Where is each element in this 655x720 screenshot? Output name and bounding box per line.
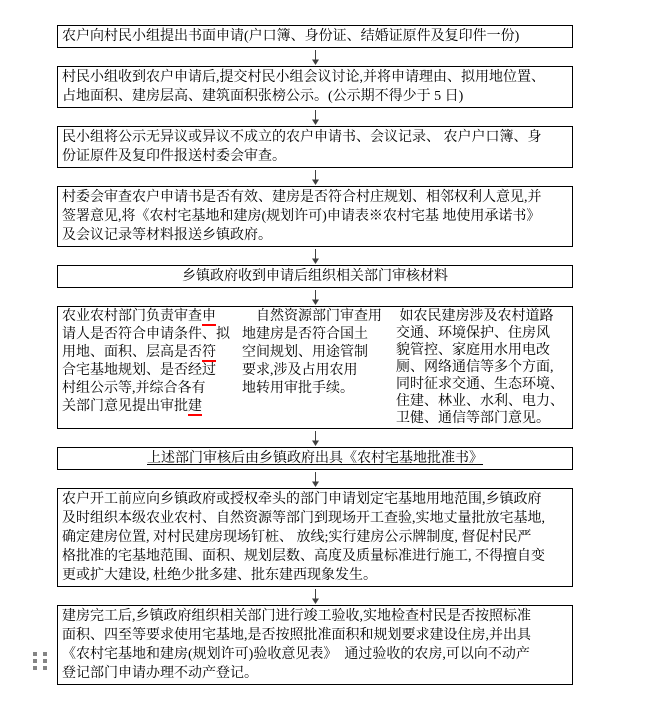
- text-line: 合宅基地规划、是否经过: [62, 362, 234, 380]
- spellcheck-underline: 建: [188, 399, 202, 416]
- step-group-discussion-publicity[interactable]: 村民小组收到农户申请后,提交村民小组会议讨论,并将申请理由、拟用地位置、 占地面…: [57, 66, 573, 108]
- down-arrow-icon: [311, 431, 320, 446]
- step-pre-construction-verification[interactable]: 农户开工前应向乡镇政府或授权牵头的部门申请划定宅基地用地范围,乡镇政府 及时组织…: [57, 488, 573, 587]
- step-department-reviews[interactable]: 农业农村部门负责审查申请人是否符合申请条件、拟用地、面积、层高是否符合宅基地规划…: [57, 306, 573, 429]
- flow-connector: [57, 470, 573, 488]
- step-issue-approval-certificate[interactable]: 上述部门审核后由乡镇政府出具《农村宅基地批准书》: [57, 447, 573, 470]
- step-village-committee-review[interactable]: 村委会审查农户申请书是否有效、建房是否符合村庄规划、相邻权利人意见,并 签署意见…: [57, 186, 573, 247]
- step-written-application[interactable]: 农户向村民小组提出书面申请(户口簿、身份证、结婚证原件及复印件一份): [57, 25, 573, 48]
- down-arrow-icon: [311, 170, 320, 185]
- flow-connector: [57, 429, 573, 447]
- down-arrow-icon: [311, 110, 320, 125]
- document-page: 农户向村民小组提出书面申请(户口簿、身份证、结婚证原件及复印件一份) 村民小组收…: [0, 0, 655, 720]
- down-arrow-icon: [311, 50, 320, 65]
- dept-agriculture-column: 农业农村部门负责审查申请人是否符合申请条件、拟用地、面积、层高是否符合宅基地规划…: [62, 308, 234, 416]
- down-arrow-icon: [311, 472, 320, 487]
- text-line: 用地、面积、层高是否符: [62, 344, 234, 362]
- text-line: 请人是否符合申请条件、拟: [62, 326, 234, 344]
- flow-connector: [57, 108, 573, 126]
- step-township-organize-review[interactable]: 乡镇政府收到申请后组织相关部门审核材料: [57, 265, 573, 288]
- flow-connector: [57, 168, 573, 186]
- down-arrow-icon: [311, 249, 320, 264]
- down-arrow-icon: [311, 589, 320, 604]
- flowchart: 农户向村民小组提出书面申请(户口簿、身份证、结婚证原件及复印件一份) 村民小组收…: [57, 25, 573, 685]
- dept-natural-resources-column: 自然资源部门审查用 地建房是否符合国土 空间规划、用途管制 要求,涉及占用农用 …: [242, 308, 388, 398]
- flow-connector: [57, 48, 573, 66]
- step-report-to-village-committee[interactable]: 民小组将公示无异议或异议不成立的农户申请书、会议记录、 农户户口簿、身 份证原件…: [57, 126, 573, 168]
- object-drag-handle-icon[interactable]: [33, 652, 47, 670]
- flow-connector: [57, 288, 573, 306]
- text-line: 关部门意见提出审批建: [62, 398, 234, 416]
- text-line: 农业农村部门负责审查申: [62, 308, 234, 326]
- dept-other-opinions-column: 如农民建房涉及农村道路 交通、环境保护、住房风 貌管控、家庭用水用电改 厕、网络…: [396, 308, 568, 427]
- step-completion-acceptance[interactable]: 建房完工后,乡镇政府组织相关部门进行竣工验收,实地检查村民是否按照标准 面积、四…: [57, 605, 573, 685]
- spellcheck-underline: 申: [202, 309, 216, 326]
- down-arrow-icon: [311, 290, 320, 305]
- flow-connector: [57, 247, 573, 265]
- flow-connector: [57, 587, 573, 605]
- text-line: 村组公示等,并综合各有: [62, 380, 234, 398]
- spellcheck-underline: 符: [202, 345, 216, 362]
